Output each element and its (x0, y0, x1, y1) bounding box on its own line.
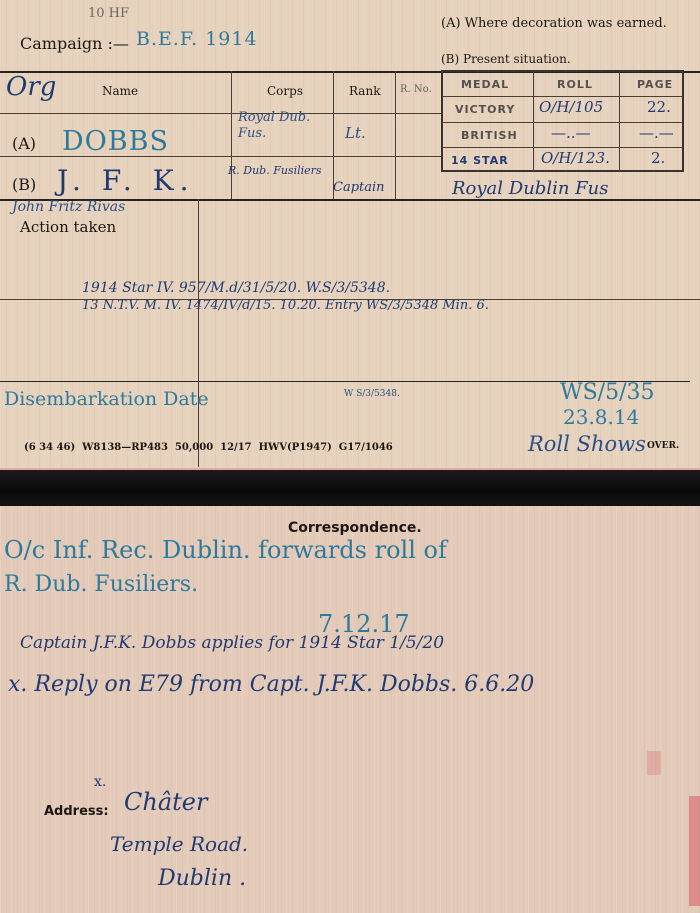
org-annotation: Org (6, 72, 56, 102)
medal-index-card-back: Correspondence. O/c Inf. Rec. Dublin. fo… (0, 506, 700, 913)
row-b-corps: R. Dub. Fusiliers (228, 163, 328, 178)
header-rank: Rank (349, 84, 380, 98)
correspondence-line-2: R. Dub. Fusiliers. (4, 572, 198, 597)
surname: DOBBS (62, 126, 169, 157)
address-line-1: Châter (124, 788, 207, 816)
roll-british: —..— (551, 124, 591, 142)
initials: J. F. K. (57, 164, 195, 197)
row-a-rank: Lt. (345, 124, 366, 142)
header-corps: Corps (267, 84, 303, 98)
row-a-corps: Royal Dub. Fus. (238, 110, 333, 142)
disembarkation-label: Disembarkation Date (4, 384, 224, 414)
medal-row-rule-2 (443, 122, 682, 123)
medal-row-rule-3 (443, 147, 682, 148)
action-line-1: 1914 Star IV. 957/M.d/31/5/20. W.S/3/534… (82, 280, 390, 296)
print-code: (6 34 46) W8138—RP483 50,000 12/17 HWV(P… (24, 442, 393, 453)
full-name: John Fritz Rivas (12, 199, 125, 215)
roll-star: O/H/123. (541, 149, 610, 167)
pencil-annotation: 10 HF (88, 6, 129, 21)
over-label: OVER. (647, 441, 679, 451)
page-victory: 22. (647, 98, 671, 116)
col-divider-corps (231, 71, 232, 199)
address-line-2: Temple Road. (110, 832, 248, 856)
address-marker: x. (94, 774, 106, 790)
campaign-value: B.E.F. 1914 (136, 28, 258, 50)
legend-a: (A) Where decoration was earned. (441, 16, 667, 31)
correspondence-line-1: O/c Inf. Rec. Dublin. forwards roll of (4, 536, 447, 564)
correspondence-line-4: x. Reply on E79 from Capt. J.F.K. Dobbs.… (8, 672, 534, 697)
scan-gap-band (0, 470, 700, 506)
medal-roll-table: MEDAL ROLL PAGE VICTORY O/H/105 22. BRIT… (441, 70, 684, 172)
medal-name-star: 14 STAR (451, 154, 509, 167)
correspondence-title: Correspondence. (288, 520, 422, 536)
medal-name-victory: VICTORY (455, 103, 515, 116)
roll-shows-note: Roll Shows (528, 432, 646, 456)
legend-b: (B) Present situation. (441, 52, 571, 66)
correspondence-line-3: Captain J.F.K. Dobbs applies for 1914 St… (20, 633, 444, 653)
medal-row-rule-1 (443, 96, 682, 97)
address-line-3: Dublin . (158, 866, 246, 891)
roll-header: ROLL (557, 78, 593, 91)
medal-index-card-front: 10 HF Campaign :— B.E.F. 1914 (A) Where … (0, 0, 700, 470)
action-col-divider (198, 199, 199, 467)
row-a-marker: (A) (12, 134, 36, 153)
page-header: PAGE (637, 78, 673, 91)
action-line-2: 13 N.T.V. M. IV. 1474/IV/d/15. 10.20. En… (82, 298, 489, 313)
row-b-marker: (B) (12, 175, 36, 194)
roll-victory: O/H/105 (539, 98, 603, 116)
header-name: Name (102, 84, 138, 98)
ws-reference: WS/5/35 (560, 380, 655, 405)
col-divider-regtno (395, 71, 396, 199)
action-taken-label: Action taken (20, 218, 116, 236)
row-b-rank: Captain (333, 180, 385, 195)
header-regt-no: R. No. (400, 84, 432, 95)
medal-name-british: BRITISH (461, 129, 518, 142)
disembarkation-date: 23.8.14 (563, 405, 639, 429)
ws-reference-small: W S/3/5348. (344, 389, 400, 399)
row-rule-1 (0, 113, 441, 114)
campaign-label: Campaign :— (20, 34, 129, 53)
red-ink-mark (647, 751, 661, 775)
red-stamp-edge (689, 796, 700, 906)
page-british: —.— (639, 124, 674, 142)
address-label: Address: (44, 804, 109, 819)
medal-header: MEDAL (461, 78, 509, 91)
present-unit: Royal Dublin Fus (452, 178, 608, 199)
page-star: 2. (651, 149, 665, 167)
